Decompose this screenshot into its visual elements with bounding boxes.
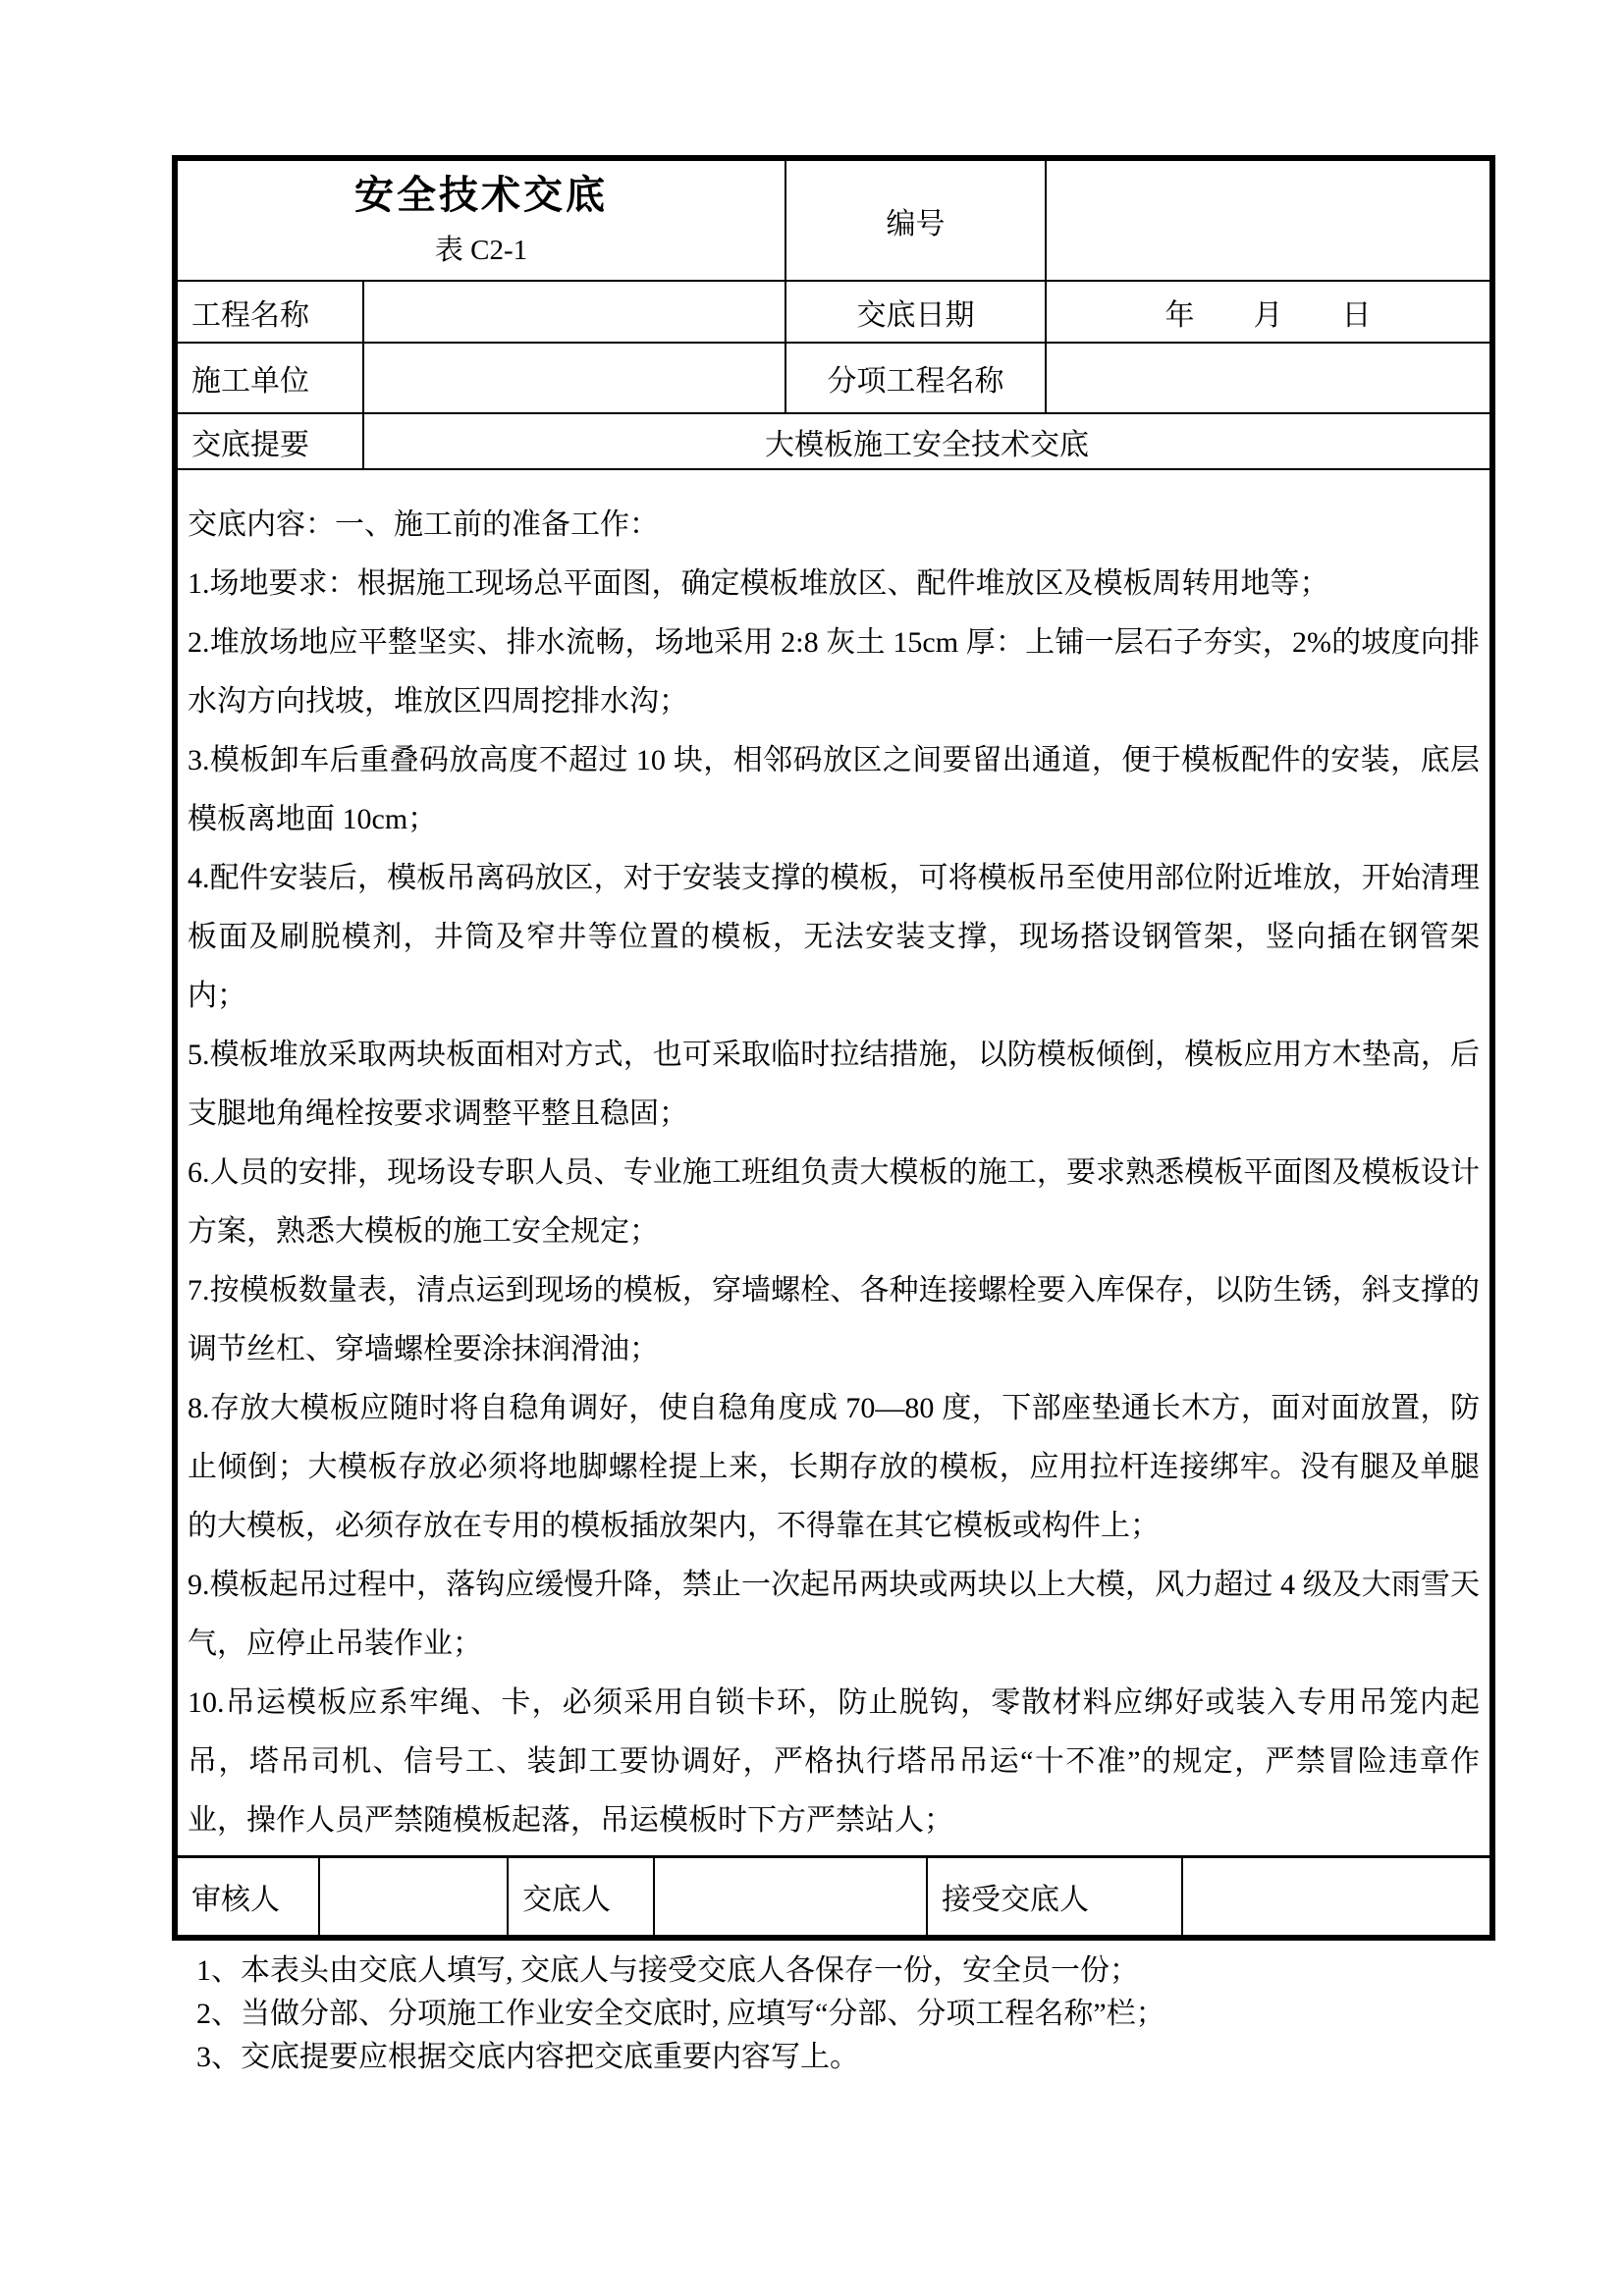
content-paragraph: 交底内容：一、施工前的准备工作：: [188, 496, 1480, 555]
date-label: 交底日期: [857, 291, 975, 334]
subproject-value-cell[interactable]: [1045, 344, 1489, 412]
summary-value: 大模板施工安全技术交底: [362, 414, 1489, 468]
content-paragraph: 9.模板起吊过程中，落钩应缓慢升降，禁止一次起吊两块或两块以上大模，风力超过 4…: [188, 1556, 1480, 1674]
reviewer-value-cell[interactable]: [318, 1858, 507, 1935]
summary-label-cell: 交底提要: [178, 414, 362, 468]
subproject-label-cell: 分项工程名称: [785, 344, 1045, 412]
no-value-cell[interactable]: [1045, 161, 1489, 280]
unit-row: 施工单位 分项工程名称: [178, 342, 1489, 412]
footnotes: 1、本表头由交底人填写, 交底人与接受交底人各保存一份，安全员一份； 2、当做分…: [196, 1949, 1502, 2079]
subproject-label: 分项工程名称: [828, 356, 1004, 400]
unit-label-cell: 施工单位: [178, 344, 362, 412]
disclosure-content: 交底内容：一、施工前的准备工作： 1.场地要求：根据施工现场总平面图，确定模板堆…: [178, 470, 1489, 1855]
discloser-label: 交底人: [522, 1875, 611, 1918]
footnote: 1、本表头由交底人填写, 交底人与接受交底人各保存一份，安全员一份；: [196, 1949, 1502, 1993]
content-paragraph: 6.人员的安排，现场设专职人员、专业施工班组负责大模板的施工，要求熟悉模板平面图…: [188, 1144, 1480, 1261]
content-row: 交底内容：一、施工前的准备工作： 1.场地要求：根据施工现场总平面图，确定模板堆…: [178, 468, 1489, 1855]
project-name-label: 工程名称: [191, 291, 309, 334]
discloser-value-cell[interactable]: [653, 1858, 926, 1935]
no-label-cell: 编号: [785, 161, 1045, 280]
content-paragraph: 4.配件安装后，模板吊离码放区，对于安装支撑的模板，可将模板吊至使用部位附近堆放…: [188, 849, 1480, 1026]
summary-row: 交底提要 大模板施工安全技术交底: [178, 412, 1489, 468]
reviewer-label: 审核人: [191, 1875, 280, 1918]
project-name-value-cell[interactable]: [362, 282, 785, 342]
footnote: 3、交底提要应根据交底内容把交底重要内容写上。: [196, 2036, 1502, 2079]
safety-disclosure-form: 安全技术交底 表 C2-1 编号 工程名称 交底日期 年 月 日 施工单位 分项…: [172, 155, 1495, 1941]
content-paragraph: 5.模板堆放采取两块板面相对方式，也可采取临时拉结措施，以防模板倾倒，模板应用方…: [188, 1026, 1480, 1144]
title-row: 安全技术交底 表 C2-1 编号: [178, 161, 1489, 280]
date-value-cell[interactable]: 年 月 日: [1045, 282, 1489, 342]
content-paragraph: 2.堆放场地应平整坚实、排水流畅，场地采用 2:8 灰土 15cm 厚：上铺一层…: [188, 614, 1480, 731]
project-row: 工程名称 交底日期 年 月 日: [178, 280, 1489, 342]
reviewer-label-cell: 审核人: [178, 1858, 318, 1935]
footnote: 2、当做分部、分项施工作业安全交底时, 应填写“分部、分项工程名称”栏；: [196, 1993, 1502, 2036]
date-label-cell: 交底日期: [785, 282, 1045, 342]
summary-label: 交底提要: [191, 420, 309, 463]
form-subtitle: 表 C2-1: [435, 237, 527, 265]
receiver-value-cell[interactable]: [1181, 1858, 1489, 1935]
receiver-label-cell: 接受交底人: [926, 1858, 1181, 1935]
content-paragraph: 3.模板卸车后重叠码放高度不超过 10 块，相邻码放区之间要留出通道，便于模板配…: [188, 731, 1480, 849]
content-paragraph: 1.场地要求：根据施工现场总平面图，确定模板堆放区、配件堆放区及模板周转用地等；: [188, 555, 1480, 614]
unit-value-cell[interactable]: [362, 344, 785, 412]
discloser-label-cell: 交底人: [507, 1858, 653, 1935]
unit-label: 施工单位: [191, 356, 309, 400]
content-paragraph: 10.吊运模板应系牢绳、卡，必须采用自锁卡环，防止脱钩，零散材料应绑好或装入专用…: [188, 1674, 1480, 1850]
content-paragraph: 7.按模板数量表，清点运到现场的模板，穿墙螺栓、各种连接螺栓要入库保存，以防生锈…: [188, 1261, 1480, 1379]
signature-row: 审核人 交底人 接受交底人: [178, 1855, 1489, 1935]
receiver-label: 接受交底人: [942, 1875, 1089, 1918]
no-label: 编号: [887, 199, 946, 242]
form-title: 安全技术交底: [354, 176, 608, 215]
date-value: 年 月 日: [1165, 291, 1372, 334]
content-paragraph: 8.存放大模板应随时将自稳角调好，使自稳角度成 70—80 度，下部座垫通长木方…: [188, 1379, 1480, 1556]
project-name-label-cell: 工程名称: [178, 282, 362, 342]
title-cell: 安全技术交底 表 C2-1: [178, 161, 785, 280]
